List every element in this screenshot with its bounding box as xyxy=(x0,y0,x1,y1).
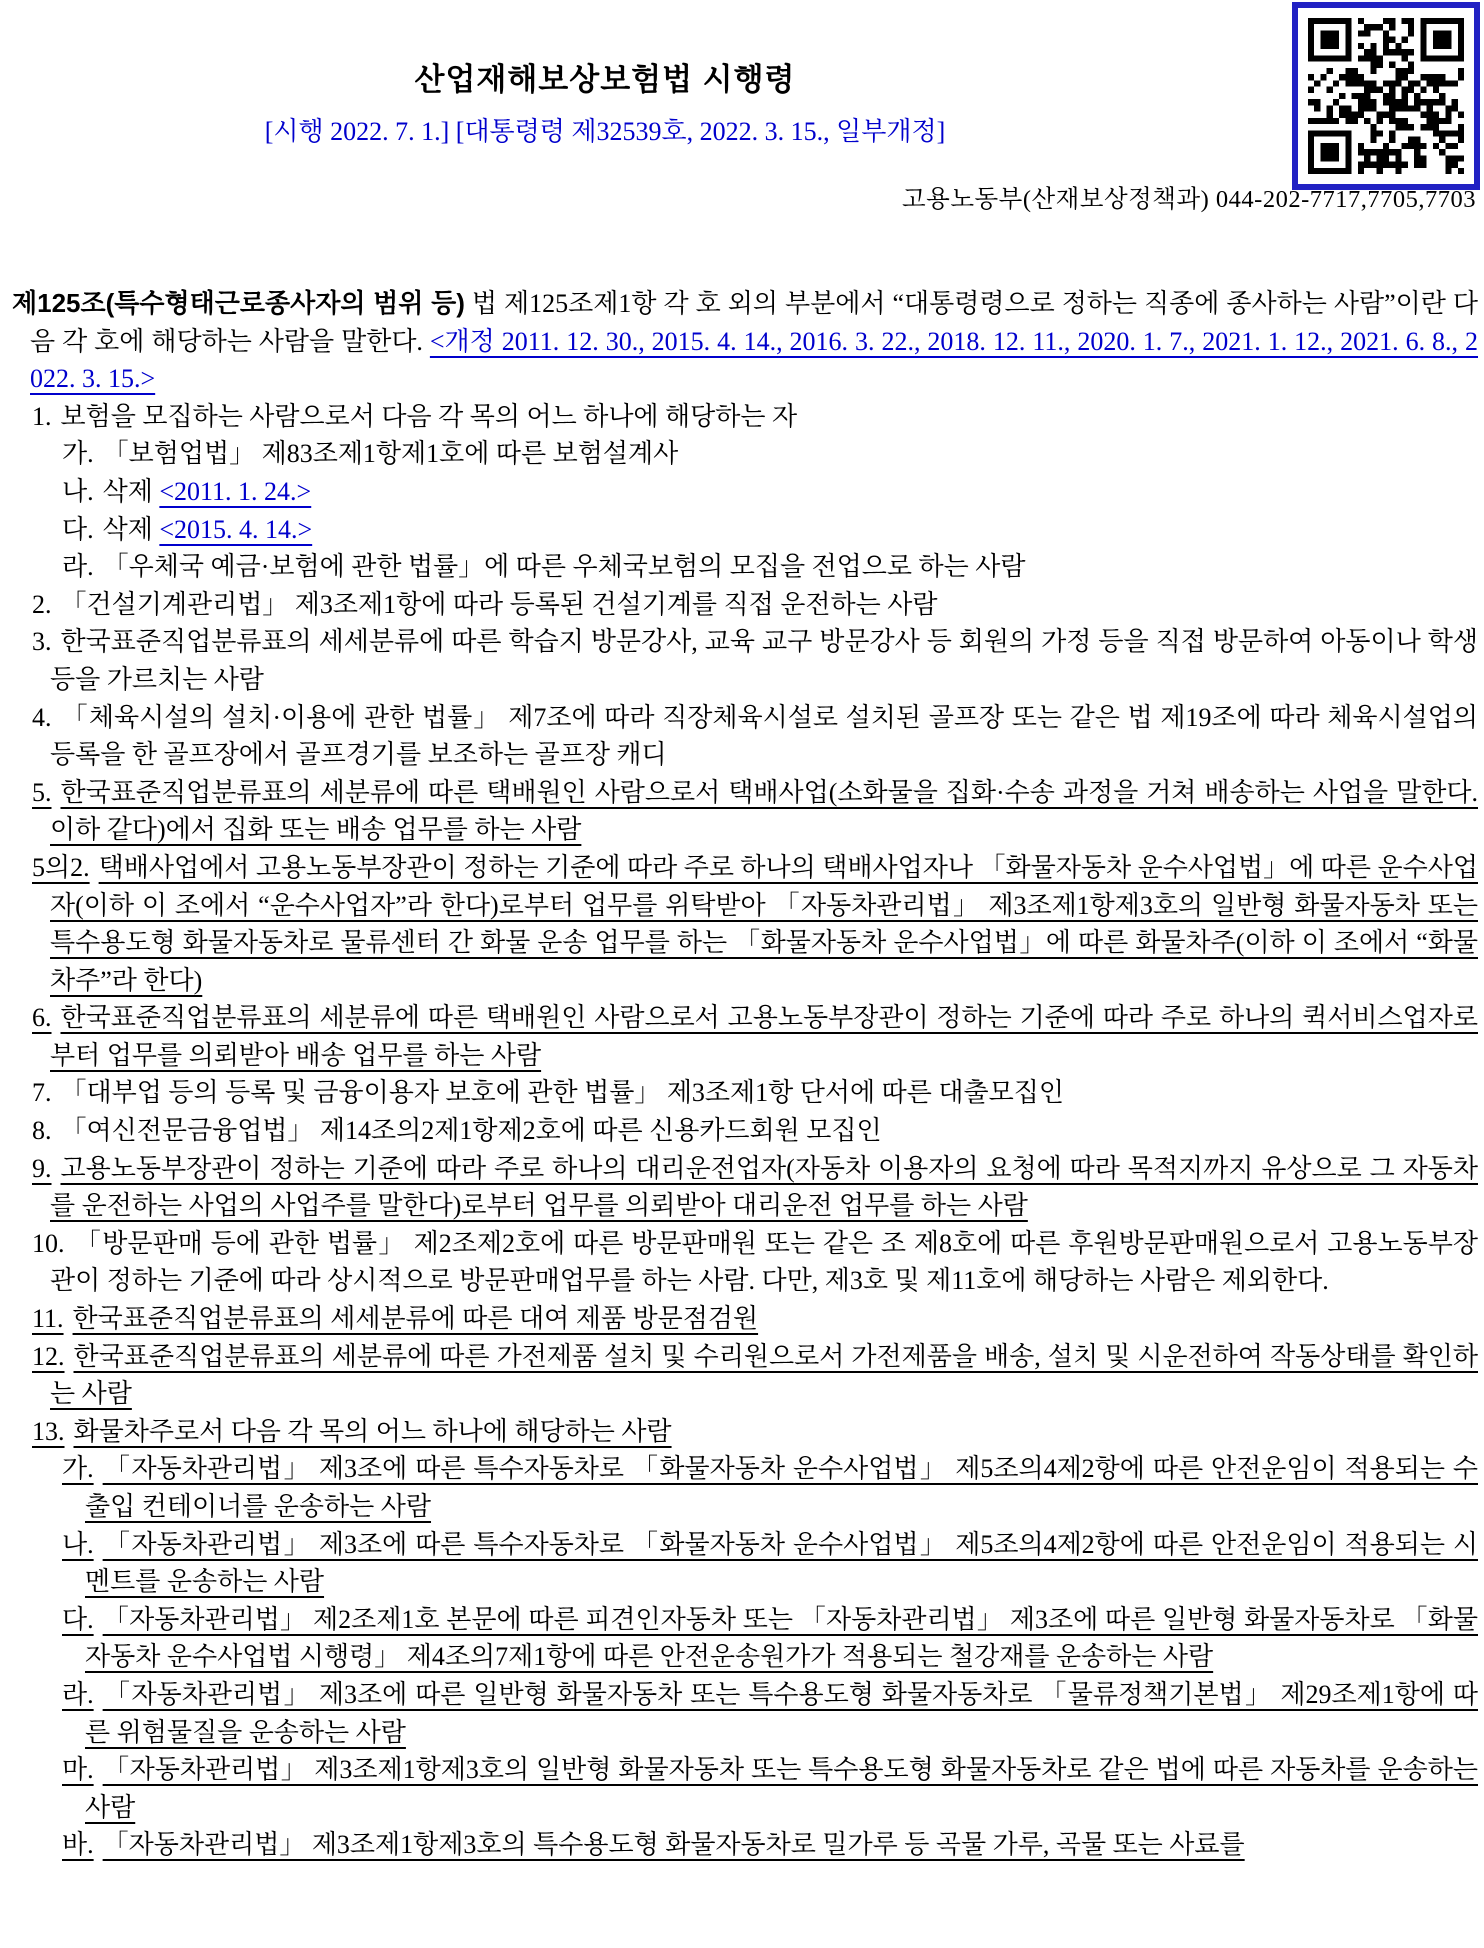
article-heading: 제125조(특수형태근로종사자의 범위 등) xyxy=(12,288,465,318)
item-marker: 7. xyxy=(32,1078,52,1107)
qr-pattern xyxy=(1308,18,1464,174)
item-marker: 4. xyxy=(32,703,52,732)
item-marker: 13. xyxy=(32,1417,65,1446)
item-marker: 다. xyxy=(62,1605,94,1634)
item-marker: 다. xyxy=(62,515,94,544)
law-item: 10.「방문판매 등에 관한 법률」 제2조제2호에 따른 방문판매원 또는 같… xyxy=(12,1225,1478,1300)
item-text: 「우체국 예금·보험에 관한 법률」에 따른 우체국보험의 모집을 전업으로 하… xyxy=(103,552,1026,581)
law-item: 나.삭제 <2011. 1. 24.> xyxy=(12,473,1478,511)
item-text: 한국표준직업분류표의 세분류에 따른 가전제품 설치 및 수리원으로서 가전제품… xyxy=(50,1342,1478,1409)
item-text: 보험을 모집하는 사람으로서 다음 각 목의 어느 하나에 해당하는 자 xyxy=(61,402,798,431)
item-marker: 나. xyxy=(62,1530,94,1559)
item-text: 삭제 xyxy=(103,515,160,544)
law-item: 나.「자동차관리법」 제3조에 따른 특수자동차로 「화물자동차 운수사업법」 … xyxy=(12,1526,1478,1601)
enforcement-subtitle: [시행 2022. 7. 1.] [대통령령 제32539호, 2022. 3.… xyxy=(0,111,1210,148)
item-text: 한국표준직업분류표의 세분류에 따른 택배원인 사람으로서 고용노동부장관이 정… xyxy=(50,1003,1478,1070)
item-text: 고용노동부장관이 정하는 기준에 따라 주로 하나의 대리운전업자(자동차 이용… xyxy=(50,1154,1478,1221)
item-text: 「건설기계관리법」 제3조제1항에 따라 등록된 건설기계를 직접 운전하는 사… xyxy=(61,590,938,619)
law-item: 바.「자동차관리법」 제3조제1항제3호의 특수용도형 화물자동차로 밀가루 등… xyxy=(12,1826,1478,1864)
law-item: 라.「우체국 예금·보험에 관한 법률」에 따른 우체국보험의 모집을 전업으로… xyxy=(12,548,1478,586)
item-marker: 1. xyxy=(32,402,52,431)
item-marker: 나. xyxy=(62,477,94,506)
item-marker: 10. xyxy=(32,1229,65,1258)
document-header: 산업재해보상보험법 시행령 [시행 2022. 7. 1.] [대통령령 제32… xyxy=(0,54,1210,148)
item-marker: 바. xyxy=(62,1830,94,1859)
law-items: 1.보험을 모집하는 사람으로서 다음 각 목의 어느 하나에 해당하는 자가.… xyxy=(12,398,1478,1864)
article-body: 제125조(특수형태근로종사자의 범위 등) 법 제125조제1항 각 호 외의… xyxy=(12,285,1478,1864)
item-text: 한국표준직업분류표의 세세분류에 따른 학습지 방문강사, 교육 교구 방문강사… xyxy=(50,627,1478,694)
item-text: 삭제 xyxy=(103,477,160,506)
law-item: 12.한국표준직업분류표의 세분류에 따른 가전제품 설치 및 수리원으로서 가… xyxy=(12,1338,1478,1413)
item-marker: 5. xyxy=(32,778,52,807)
item-marker: 가. xyxy=(62,1454,94,1483)
item-text: 「자동차관리법」 제3조에 따른 특수자동차로 「화물자동차 운수사업법」 제5… xyxy=(85,1530,1478,1597)
item-text: 「자동차관리법」 제3조제1항제3호의 특수용도형 화물자동차로 밀가루 등 곡… xyxy=(103,1830,1245,1859)
qr-code xyxy=(1292,2,1480,190)
item-marker: 9. xyxy=(32,1154,52,1183)
law-item: 6.한국표준직업분류표의 세분류에 따른 택배원인 사람으로서 고용노동부장관이… xyxy=(12,999,1478,1074)
item-marker: 11. xyxy=(32,1304,64,1333)
item-text: 「방문판매 등에 관한 법률」 제2조제2호에 따른 방문판매원 또는 같은 조… xyxy=(50,1229,1478,1296)
item-marker: 6. xyxy=(32,1003,52,1032)
item-text: 택배사업에서 고용노동부장관이 정하는 기준에 따라 주로 하나의 택배사업자나… xyxy=(50,853,1478,995)
item-text: 「여신전문금융업법」 제14조의2제1항제2호에 따른 신용카드회원 모집인 xyxy=(61,1116,882,1145)
document-page: 산업재해보상보험법 시행령 [시행 2022. 7. 1.] [대통령령 제32… xyxy=(0,0,1484,1948)
item-text: 「자동차관리법」 제2조제1호 본문에 따른 피견인자동차 또는 「자동차관리법… xyxy=(85,1605,1478,1672)
item-text: 한국표준직업분류표의 세세분류에 따른 대여 제품 방문점검원 xyxy=(73,1304,759,1333)
law-item: 13.화물차주로서 다음 각 목의 어느 하나에 해당하는 사람 xyxy=(12,1413,1478,1451)
law-item: 2.「건설기계관리법」 제3조제1항에 따라 등록된 건설기계를 직접 운전하는… xyxy=(12,586,1478,624)
item-text: 화물차주로서 다음 각 목의 어느 하나에 해당하는 사람 xyxy=(74,1417,672,1446)
item-text: 「자동차관리법」 제3조제1항제3호의 일반형 화물자동차 또는 특수용도형 화… xyxy=(85,1755,1478,1822)
item-marker: 8. xyxy=(32,1116,52,1145)
item-marker: 마. xyxy=(62,1755,94,1784)
item-text: 「대부업 등의 등록 및 금융이용자 보호에 관한 법률」 제3조제1항 단서에… xyxy=(61,1078,1064,1107)
law-item: 8.「여신전문금융업법」 제14조의2제1항제2호에 따른 신용카드회원 모집인 xyxy=(12,1112,1478,1150)
contact-info: 고용노동부(산재보상정책과) 044-202-7717,7705,7703 xyxy=(902,180,1476,215)
item-marker: 2. xyxy=(32,590,52,619)
item-text: 「체육시설의 설치·이용에 관한 법률」 제7조에 따라 직장체육시설로 설치된… xyxy=(50,703,1478,770)
item-text: 한국표준직업분류표의 세분류에 따른 택배원인 사람으로서 택배사업(소화물을 … xyxy=(50,778,1478,845)
law-item: 가.「보험업법」 제83조제1항제1호에 따른 보험설계사 xyxy=(12,435,1478,473)
law-item: 3.한국표준직업분류표의 세세분류에 따른 학습지 방문강사, 교육 교구 방문… xyxy=(12,623,1478,698)
item-marker: 라. xyxy=(62,552,94,581)
law-item: 11.한국표준직업분류표의 세세분류에 따른 대여 제품 방문점검원 xyxy=(12,1300,1478,1338)
law-item: 9.고용노동부장관이 정하는 기준에 따라 주로 하나의 대리운전업자(자동차 … xyxy=(12,1150,1478,1225)
law-item: 5의2.택배사업에서 고용노동부장관이 정하는 기준에 따라 주로 하나의 택배… xyxy=(12,849,1478,999)
item-marker: 12. xyxy=(32,1342,65,1371)
law-item: 다.「자동차관리법」 제2조제1호 본문에 따른 피견인자동차 또는 「자동차관… xyxy=(12,1601,1478,1676)
law-item: 가.「자동차관리법」 제3조에 따른 특수자동차로 「화물자동차 운수사업법」 … xyxy=(12,1450,1478,1525)
deletion-date: <2011. 1. 24.> xyxy=(159,477,311,506)
law-item: 5.한국표준직업분류표의 세분류에 따른 택배원인 사람으로서 택배사업(소화물… xyxy=(12,774,1478,849)
deletion-date: <2015. 4. 14.> xyxy=(159,515,312,544)
item-text: 「자동차관리법」 제3조에 따른 특수자동차로 「화물자동차 운수사업법」 제5… xyxy=(85,1454,1478,1521)
item-text: 「보험업법」 제83조제1항제1호에 따른 보험설계사 xyxy=(103,439,679,468)
law-item: 4.「체육시설의 설치·이용에 관한 법률」 제7조에 따라 직장체육시설로 설… xyxy=(12,699,1478,774)
item-marker: 5의2. xyxy=(32,853,90,882)
item-text: 「자동차관리법」 제3조에 따른 일반형 화물자동차 또는 특수용도형 화물자동… xyxy=(85,1680,1478,1747)
law-item: 다.삭제 <2015. 4. 14.> xyxy=(12,511,1478,549)
law-item: 1.보험을 모집하는 사람으로서 다음 각 목의 어느 하나에 해당하는 자 xyxy=(12,398,1478,436)
law-item: 라.「자동차관리법」 제3조에 따른 일반형 화물자동차 또는 특수용도형 화물… xyxy=(12,1676,1478,1751)
item-marker: 3. xyxy=(32,627,52,656)
item-marker: 가. xyxy=(62,439,94,468)
law-item: 7.「대부업 등의 등록 및 금융이용자 보호에 관한 법률」 제3조제1항 단… xyxy=(12,1074,1478,1112)
page-title: 산업재해보상보험법 시행령 xyxy=(0,54,1210,99)
article-intro: 제125조(특수형태근로종사자의 범위 등) 법 제125조제1항 각 호 외의… xyxy=(12,285,1478,398)
law-item: 마.「자동차관리법」 제3조제1항제3호의 일반형 화물자동차 또는 특수용도형… xyxy=(12,1751,1478,1826)
item-marker: 라. xyxy=(62,1680,94,1709)
